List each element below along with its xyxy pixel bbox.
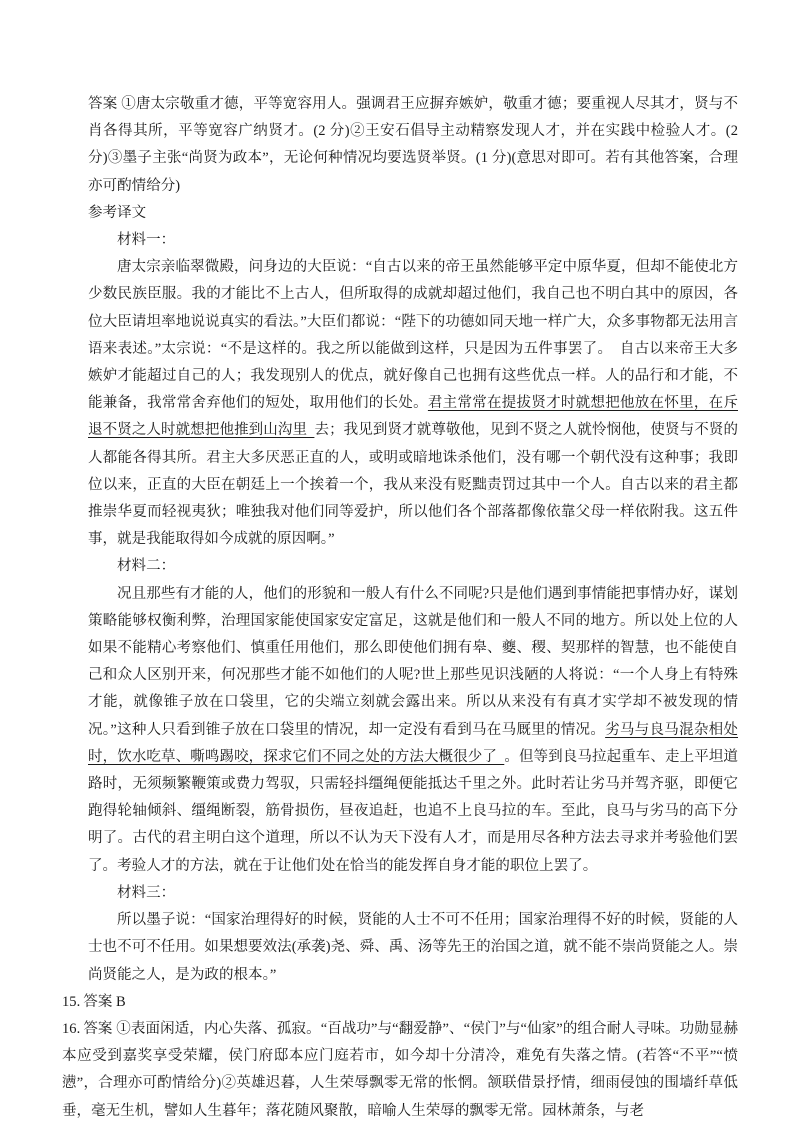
text-run: 。但等到良马拉起重车、走上平坦道路时，无须频繁鞭策或费力驾驭，只需轻抖缰绳便能抵… — [88, 749, 738, 874]
material-2-heading: 材料二： — [88, 553, 738, 580]
text-run: 况且那些有才能的人，他们的形貌和一般人有什么不同呢?只是他们遇到事情能把事情办好… — [88, 586, 738, 738]
material-1-translation: 唐太宗亲临翠微殿，问身边的大臣说：“自古以来的帝王虽然能够平定中原华夏，但却不能… — [88, 254, 738, 553]
answer-14-continuation: 答案 ①唐太宗敬重才德，平等宽容用人。强调君王应摒弃嫉妒，敬重才德；要重视人尽其… — [88, 91, 738, 200]
text-run: 答案 B — [83, 994, 126, 1010]
text-run: 去；我见到贤才就尊敬他，见到不贤之人就怜悯他，使贤与不贤的人都能各得其所。君主大… — [88, 422, 738, 547]
material-2-translation: 况且那些有才能的人，他们的形貌和一般人有什么不同呢?只是他们遇到事情能把事情办好… — [88, 581, 738, 880]
answer-number: 15. — [62, 994, 83, 1010]
document-page: 答案 ①唐太宗敬重才德，平等宽容用人。强调君王应摒弃嫉妒，敬重才德；要重视人尽其… — [0, 0, 800, 1131]
answer-16: 16.答案 ①表面闲适，内心失落、孤寂。“百战功”与“翻爱静”、“侯门”与“仙家… — [62, 1016, 738, 1125]
document-body: 答案 ①唐太宗敬重才德，平等宽容用人。强调君王应摒弃嫉妒，敬重才德；要重视人尽其… — [62, 91, 738, 1125]
text-run: 唐太宗亲临翠微殿，问身边的大臣说：“自古以来的帝王虽然能够平定中原华夏，但却不能… — [88, 259, 738, 411]
text-run: 答案 ①表面闲适，内心失落、孤寂。“百战功”与“翻爱静”、“侯门”与“仙家”的组… — [62, 1021, 738, 1119]
text-run: 答案 ①唐太宗敬重才德，平等宽容用人。强调君王应摒弃嫉妒，敬重才德；要重视人尽其… — [88, 96, 738, 194]
reference-translation-heading: 参考译文 — [88, 200, 738, 227]
answer-number: 16. — [62, 1021, 83, 1037]
text-run: 材料三： — [117, 885, 175, 901]
material-3-translation: 所以墨子说：“国家治理得好的时候，贤能的人士不可不任用；国家治理得不好的时候，贤… — [88, 907, 738, 989]
text-run: 材料二： — [117, 558, 175, 574]
text-run: 材料一： — [117, 232, 175, 248]
material-3-heading: 材料三： — [88, 880, 738, 907]
text-run: 所以墨子说：“国家治理得好的时候，贤能的人士不可不任用；国家治理得不好的时候，贤… — [88, 912, 738, 982]
material-1-heading: 材料一： — [88, 227, 738, 254]
answer-15: 15.答案 B — [62, 989, 738, 1016]
text-run: 参考译文 — [88, 205, 146, 221]
